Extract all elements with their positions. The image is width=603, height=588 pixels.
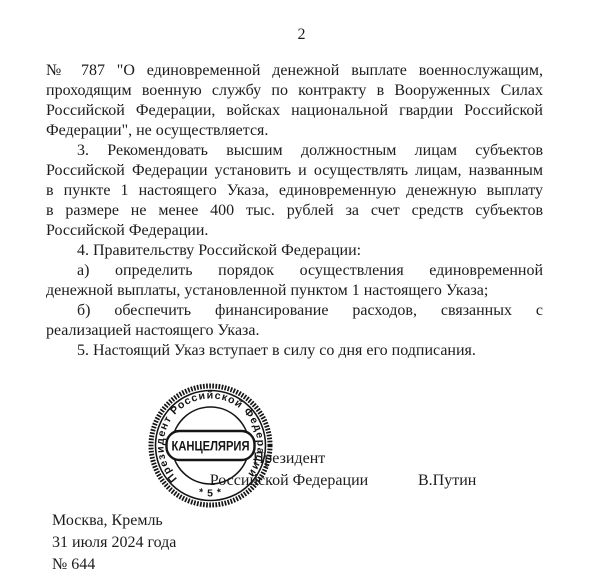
signature-name: В.Путин bbox=[418, 470, 476, 492]
chancellery-stamp-icon: Президент Российской Федерации * 5 * КАН… bbox=[146, 381, 275, 510]
decree-number: № 644 bbox=[52, 554, 176, 576]
document-line: денежной выплаты, установленной пунктом … bbox=[46, 281, 543, 301]
document-line: Российской Федерации, войсках национальн… bbox=[46, 101, 543, 121]
stamp-center-text: КАНЦЕЛЯРИЯ bbox=[172, 438, 250, 453]
document-line: № 787 "О единовременной денежной выплате… bbox=[46, 61, 543, 81]
document-line: Федерации", не осуществляется. bbox=[46, 121, 543, 141]
issue-place: Москва, Кремль bbox=[52, 510, 176, 532]
document-body: № 787 "О единовременной денежной выплате… bbox=[46, 61, 543, 361]
issue-details-block: Москва, Кремль 31 июля 2024 года № 644 bbox=[52, 510, 176, 576]
page-number: 2 bbox=[0, 26, 603, 44]
document-line: в размере не менее 400 тыс. рублей за сч… bbox=[46, 201, 543, 221]
document-line: 3. Рекомендовать высшим должностным лица… bbox=[46, 141, 543, 161]
document-line: б) обеспечить финансирование расходов, с… bbox=[46, 301, 543, 321]
document-line: 5. Настоящий Указ вступает в силу со дня… bbox=[46, 341, 543, 361]
document-line: а) определить порядок осуществления един… bbox=[46, 261, 543, 281]
document-page: 2 № 787 "О единовременной денежной выпла… bbox=[0, 0, 603, 588]
stamp-bottom-text: * 5 * bbox=[198, 486, 224, 499]
document-line: в пункте 1 настоящего Указа, единовремен… bbox=[46, 181, 543, 201]
document-line: реализацией настоящего Указа. bbox=[46, 321, 543, 341]
document-line: проходящим военную службу по контракту в… bbox=[46, 81, 543, 101]
document-line: 4. Правительству Российской Федерации: bbox=[46, 241, 543, 261]
issue-date: 31 июля 2024 года bbox=[52, 532, 176, 554]
document-line: Российской Федерации. bbox=[46, 221, 543, 241]
document-line: Российской Федерации установить и осущес… bbox=[46, 161, 543, 181]
